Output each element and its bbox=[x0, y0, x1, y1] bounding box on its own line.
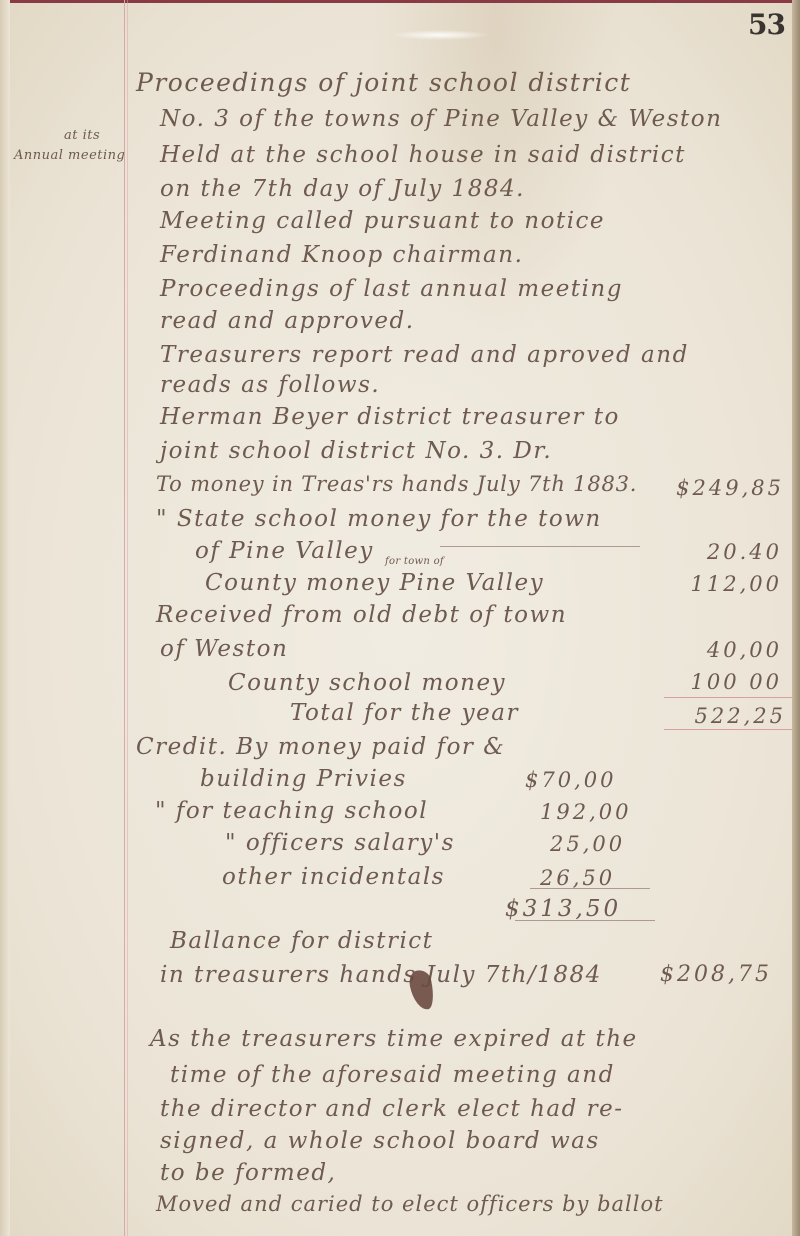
minutes-line: Meeting called pursuant to notice bbox=[160, 208, 605, 234]
receipt-label: County school money bbox=[228, 670, 506, 696]
receipt-label: " State school money for the town bbox=[156, 506, 602, 532]
paper-crease bbox=[390, 30, 490, 40]
ledger-page: 53 at its Annual meeting Proceedings of … bbox=[0, 0, 800, 1236]
closing-line: Moved and caried to elect officers by ba… bbox=[156, 1192, 664, 1216]
margin-rule bbox=[124, 0, 125, 1236]
receipt-label: Received from old debt of town bbox=[156, 602, 567, 628]
heading-line: Proceedings of joint school district bbox=[136, 68, 631, 97]
margin-note-line1: at its bbox=[64, 128, 100, 143]
receipt-amount: 20.40 bbox=[707, 540, 782, 564]
report-header: Herman Beyer district treasurer to bbox=[160, 404, 620, 430]
total-amount: 522,25 bbox=[695, 704, 786, 728]
minutes-line: Proceedings of last annual meeting bbox=[160, 276, 623, 302]
page-top-edge bbox=[0, 0, 800, 3]
credit-label: other incidentals bbox=[222, 864, 445, 890]
credit-total: $313,50 bbox=[505, 896, 621, 922]
total-label: Total for the year bbox=[290, 700, 519, 726]
minutes-line: read and approved. bbox=[160, 308, 415, 334]
closing-line: time of the aforesaid meeting and bbox=[170, 1062, 615, 1088]
closing-line: As the treasurers time expired at the bbox=[150, 1026, 638, 1052]
receipt-amount: 100 00 bbox=[691, 670, 782, 694]
heading-line: No. 3 of the towns of Pine Valley & West… bbox=[160, 106, 722, 132]
page-number: 53 bbox=[748, 8, 785, 41]
minutes-line: Ferdinand Knoop chairman. bbox=[160, 242, 523, 268]
receipt-label: County money Pine Valley bbox=[205, 570, 544, 596]
receipt-label: of Weston bbox=[160, 636, 288, 662]
receipt-amount: 40,00 bbox=[707, 638, 782, 662]
margin-rule-secondary bbox=[127, 0, 128, 1236]
minutes-line: Treasurers report read and aproved and bbox=[160, 342, 689, 368]
subtotal-rule bbox=[664, 697, 792, 698]
receipt-label: To money in Treas'rs hands July 7th 1883… bbox=[156, 472, 637, 496]
credit-amount: 26,50 bbox=[540, 866, 615, 890]
receipt-amount: $249,85 bbox=[676, 476, 784, 500]
credit-label: " officers salary's bbox=[225, 830, 455, 856]
minutes-line: reads as follows. bbox=[160, 372, 380, 398]
receipt-insert-note: for town of bbox=[385, 556, 444, 567]
balance-label: in treasurers hands July 7th/1884 bbox=[160, 962, 602, 988]
credit-label: " for teaching school bbox=[155, 798, 428, 824]
credit-amount: 25,00 bbox=[550, 832, 625, 856]
closing-line: the director and clerk elect had re- bbox=[160, 1096, 624, 1122]
credit-header: Credit. By money paid for & bbox=[136, 734, 505, 760]
receipt-amount: 112,00 bbox=[691, 572, 782, 596]
receipt-label: of Pine Valley bbox=[195, 538, 374, 564]
page-left-edge bbox=[0, 0, 10, 1236]
closing-line: signed, a whole school board was bbox=[160, 1128, 600, 1154]
credit-total-rule bbox=[515, 920, 655, 921]
underline bbox=[440, 546, 640, 547]
heading-line: Held at the school house in said distric… bbox=[160, 142, 686, 168]
credit-amount: $70,00 bbox=[525, 768, 616, 792]
total-rule bbox=[664, 729, 792, 730]
credit-subtotal-rule bbox=[530, 888, 650, 889]
credit-amount: 192,00 bbox=[540, 800, 631, 824]
closing-line: to be formed, bbox=[160, 1160, 336, 1186]
margin-note-line2: Annual meeting bbox=[14, 148, 125, 163]
heading-line: on the 7th day of July 1884. bbox=[160, 176, 525, 202]
page-right-edge bbox=[792, 0, 800, 1236]
balance-label: Ballance for district bbox=[170, 928, 433, 954]
balance-amount: $208,75 bbox=[660, 962, 772, 987]
report-header: joint school district No. 3. Dr. bbox=[160, 438, 552, 464]
credit-label: building Privies bbox=[200, 766, 407, 792]
